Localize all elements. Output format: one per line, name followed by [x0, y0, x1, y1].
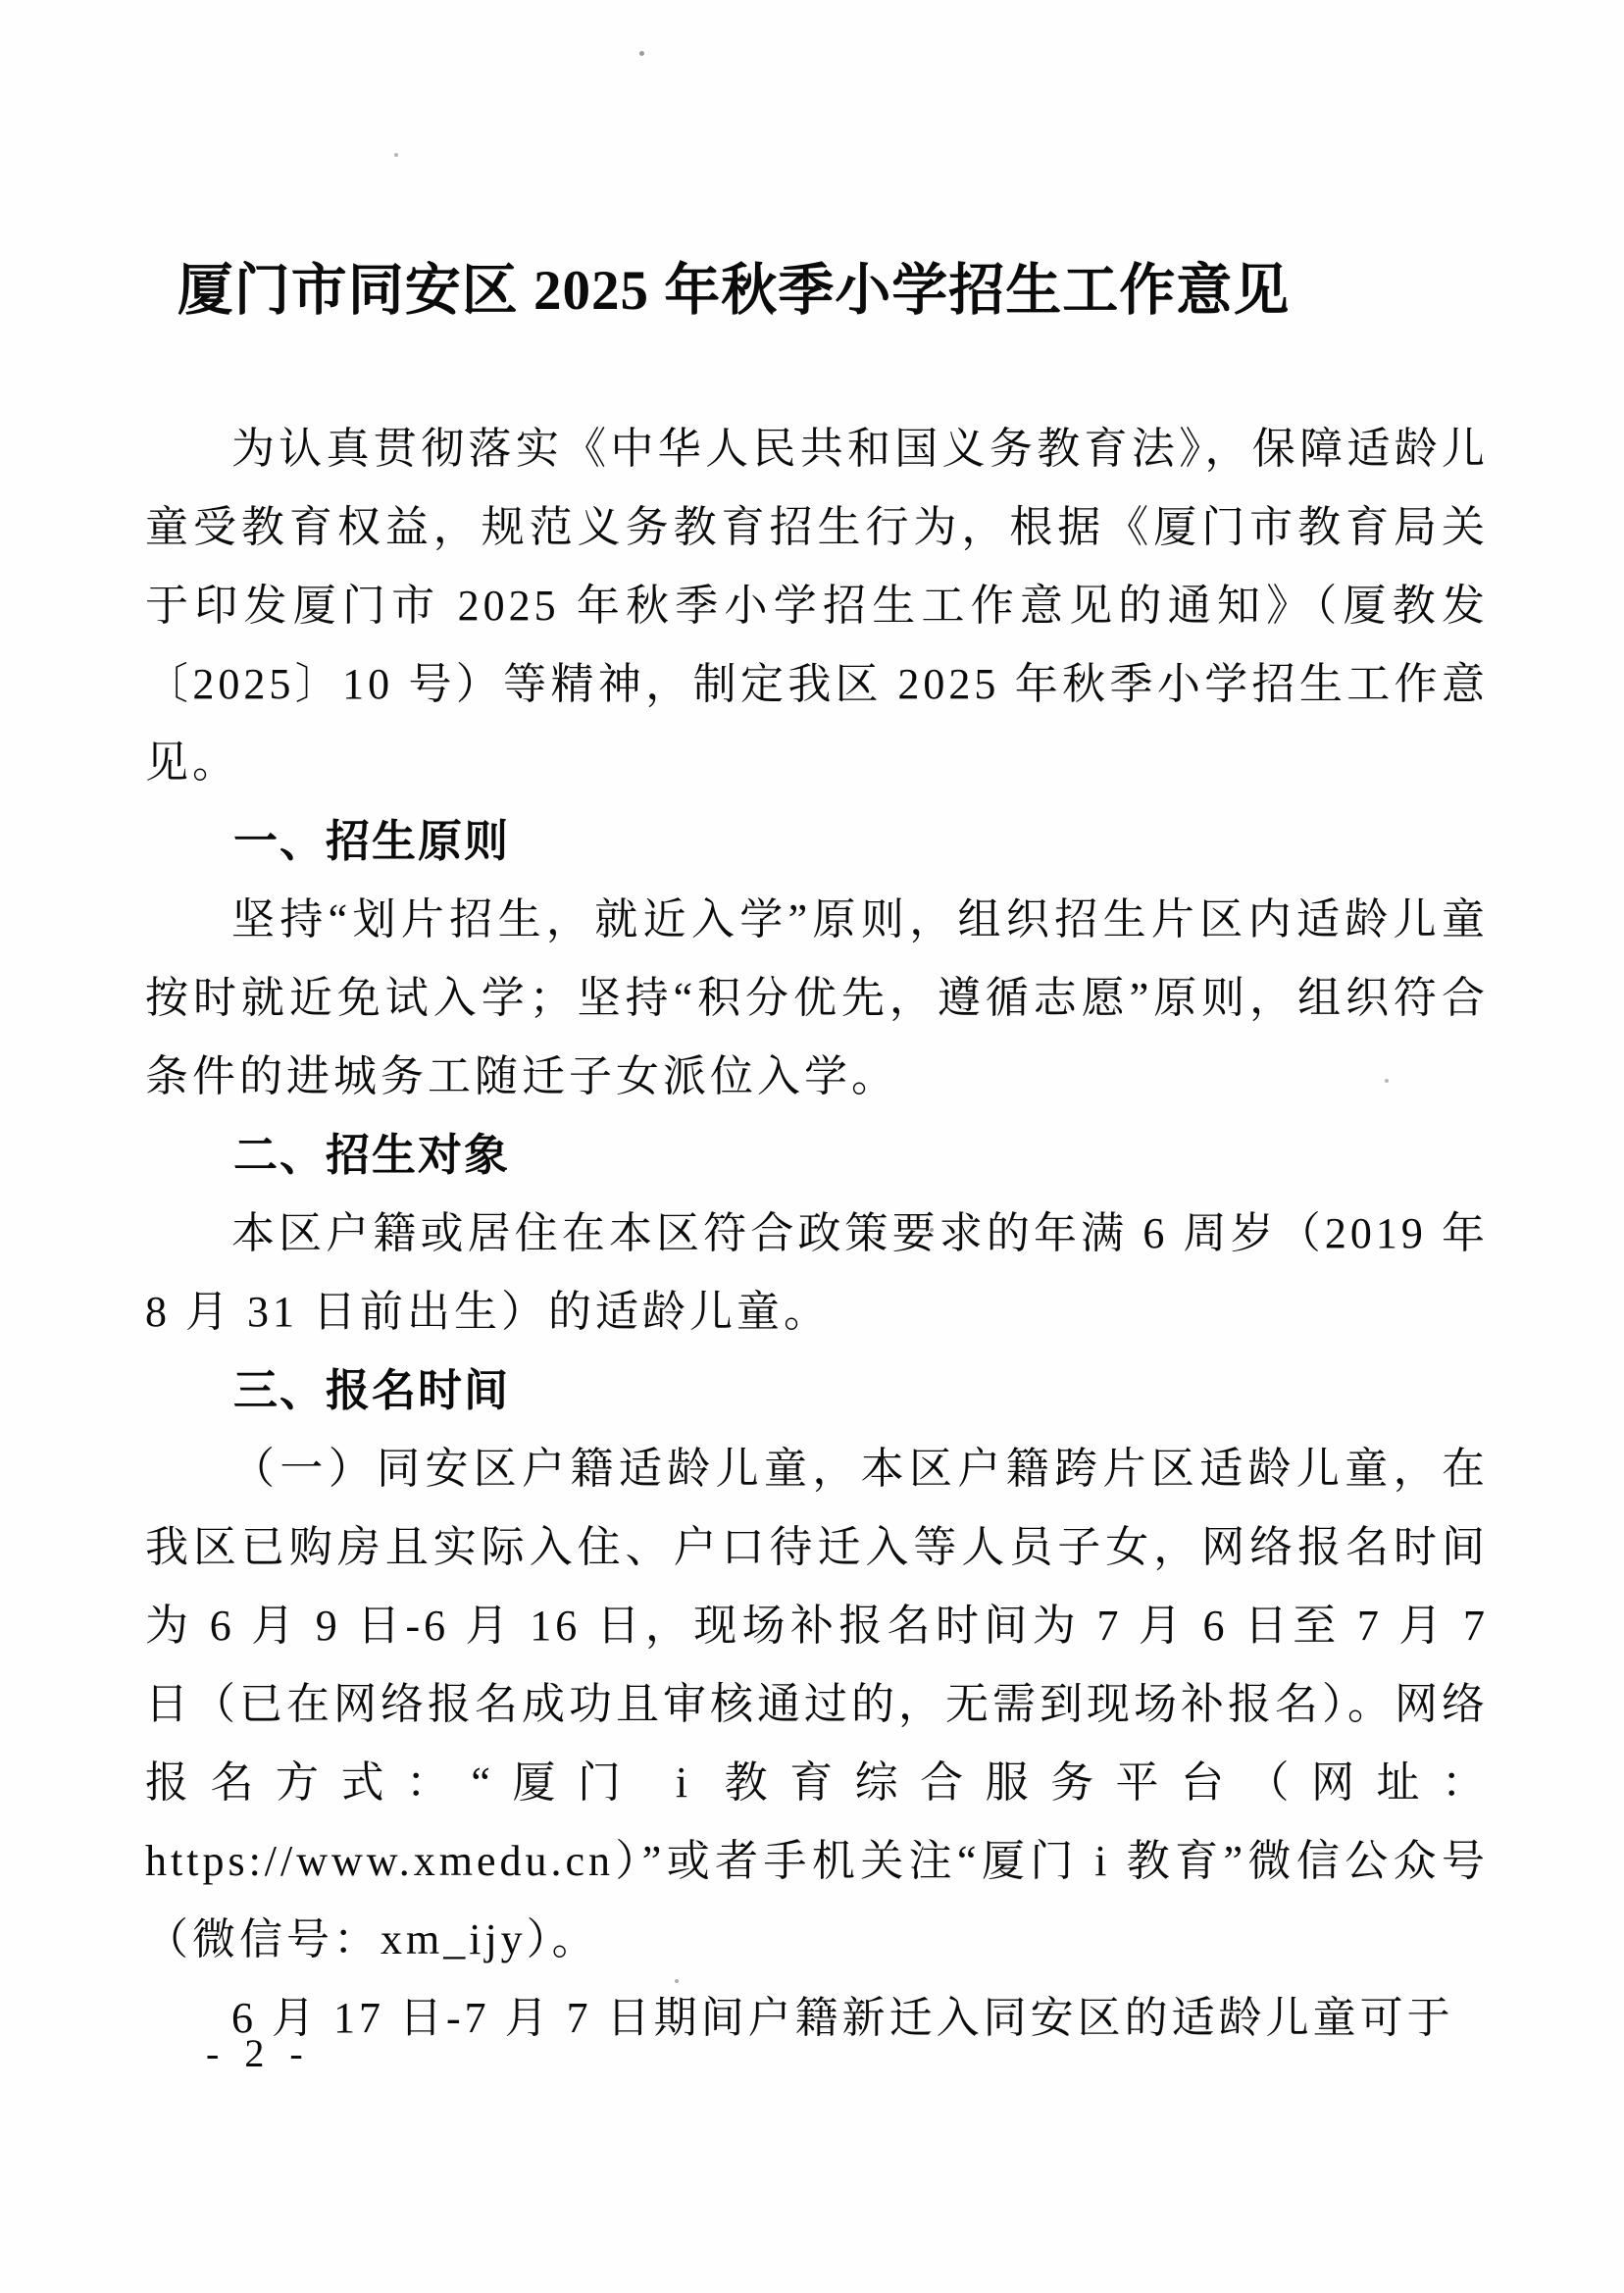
section-paragraph: 6 月 17 日-7 月 7 日期间户籍新迁入同安区的适龄儿童可于	[145, 1979, 1489, 2058]
document-title: 厦门市同安区 2025 年秋季小学招生工作意见	[145, 247, 1489, 335]
section-heading-enrollment-targets: 二、招生对象	[145, 1116, 1489, 1195]
scan-speck	[394, 153, 398, 157]
intro-paragraph: 为认真贯彻落实《中华人民共和国义务教育法》，保障适龄儿童受教育权益，规范义务教育…	[145, 410, 1489, 802]
scan-speck	[639, 51, 644, 56]
document-content: 厦门市同安区 2025 年秋季小学招生工作意见 为认真贯彻落实《中华人民共和国义…	[145, 247, 1489, 2058]
section-paragraph: 坚持“划片招生，就近入学”原则，组织招生片区内适龄儿童按时就近免试入学；坚持“积…	[145, 881, 1489, 1116]
page-number: - 2 -	[206, 2030, 311, 2076]
section-paragraph: 本区户籍或居住在本区符合政策要求的年满 6 周岁（2019 年 8 月 31 日…	[145, 1195, 1489, 1351]
section-paragraph: （一）同安区户籍适龄儿童，本区户籍跨片区适龄儿童，在我区已购房且实际入住、户口待…	[145, 1430, 1489, 1979]
section-heading-registration-time: 三、报名时间	[145, 1351, 1489, 1430]
scanned-document-page: 厦门市同安区 2025 年秋季小学招生工作意见 为认真贯彻落实《中华人民共和国义…	[0, 0, 1624, 2293]
section-heading-enrollment-principles: 一、招生原则	[145, 802, 1489, 881]
